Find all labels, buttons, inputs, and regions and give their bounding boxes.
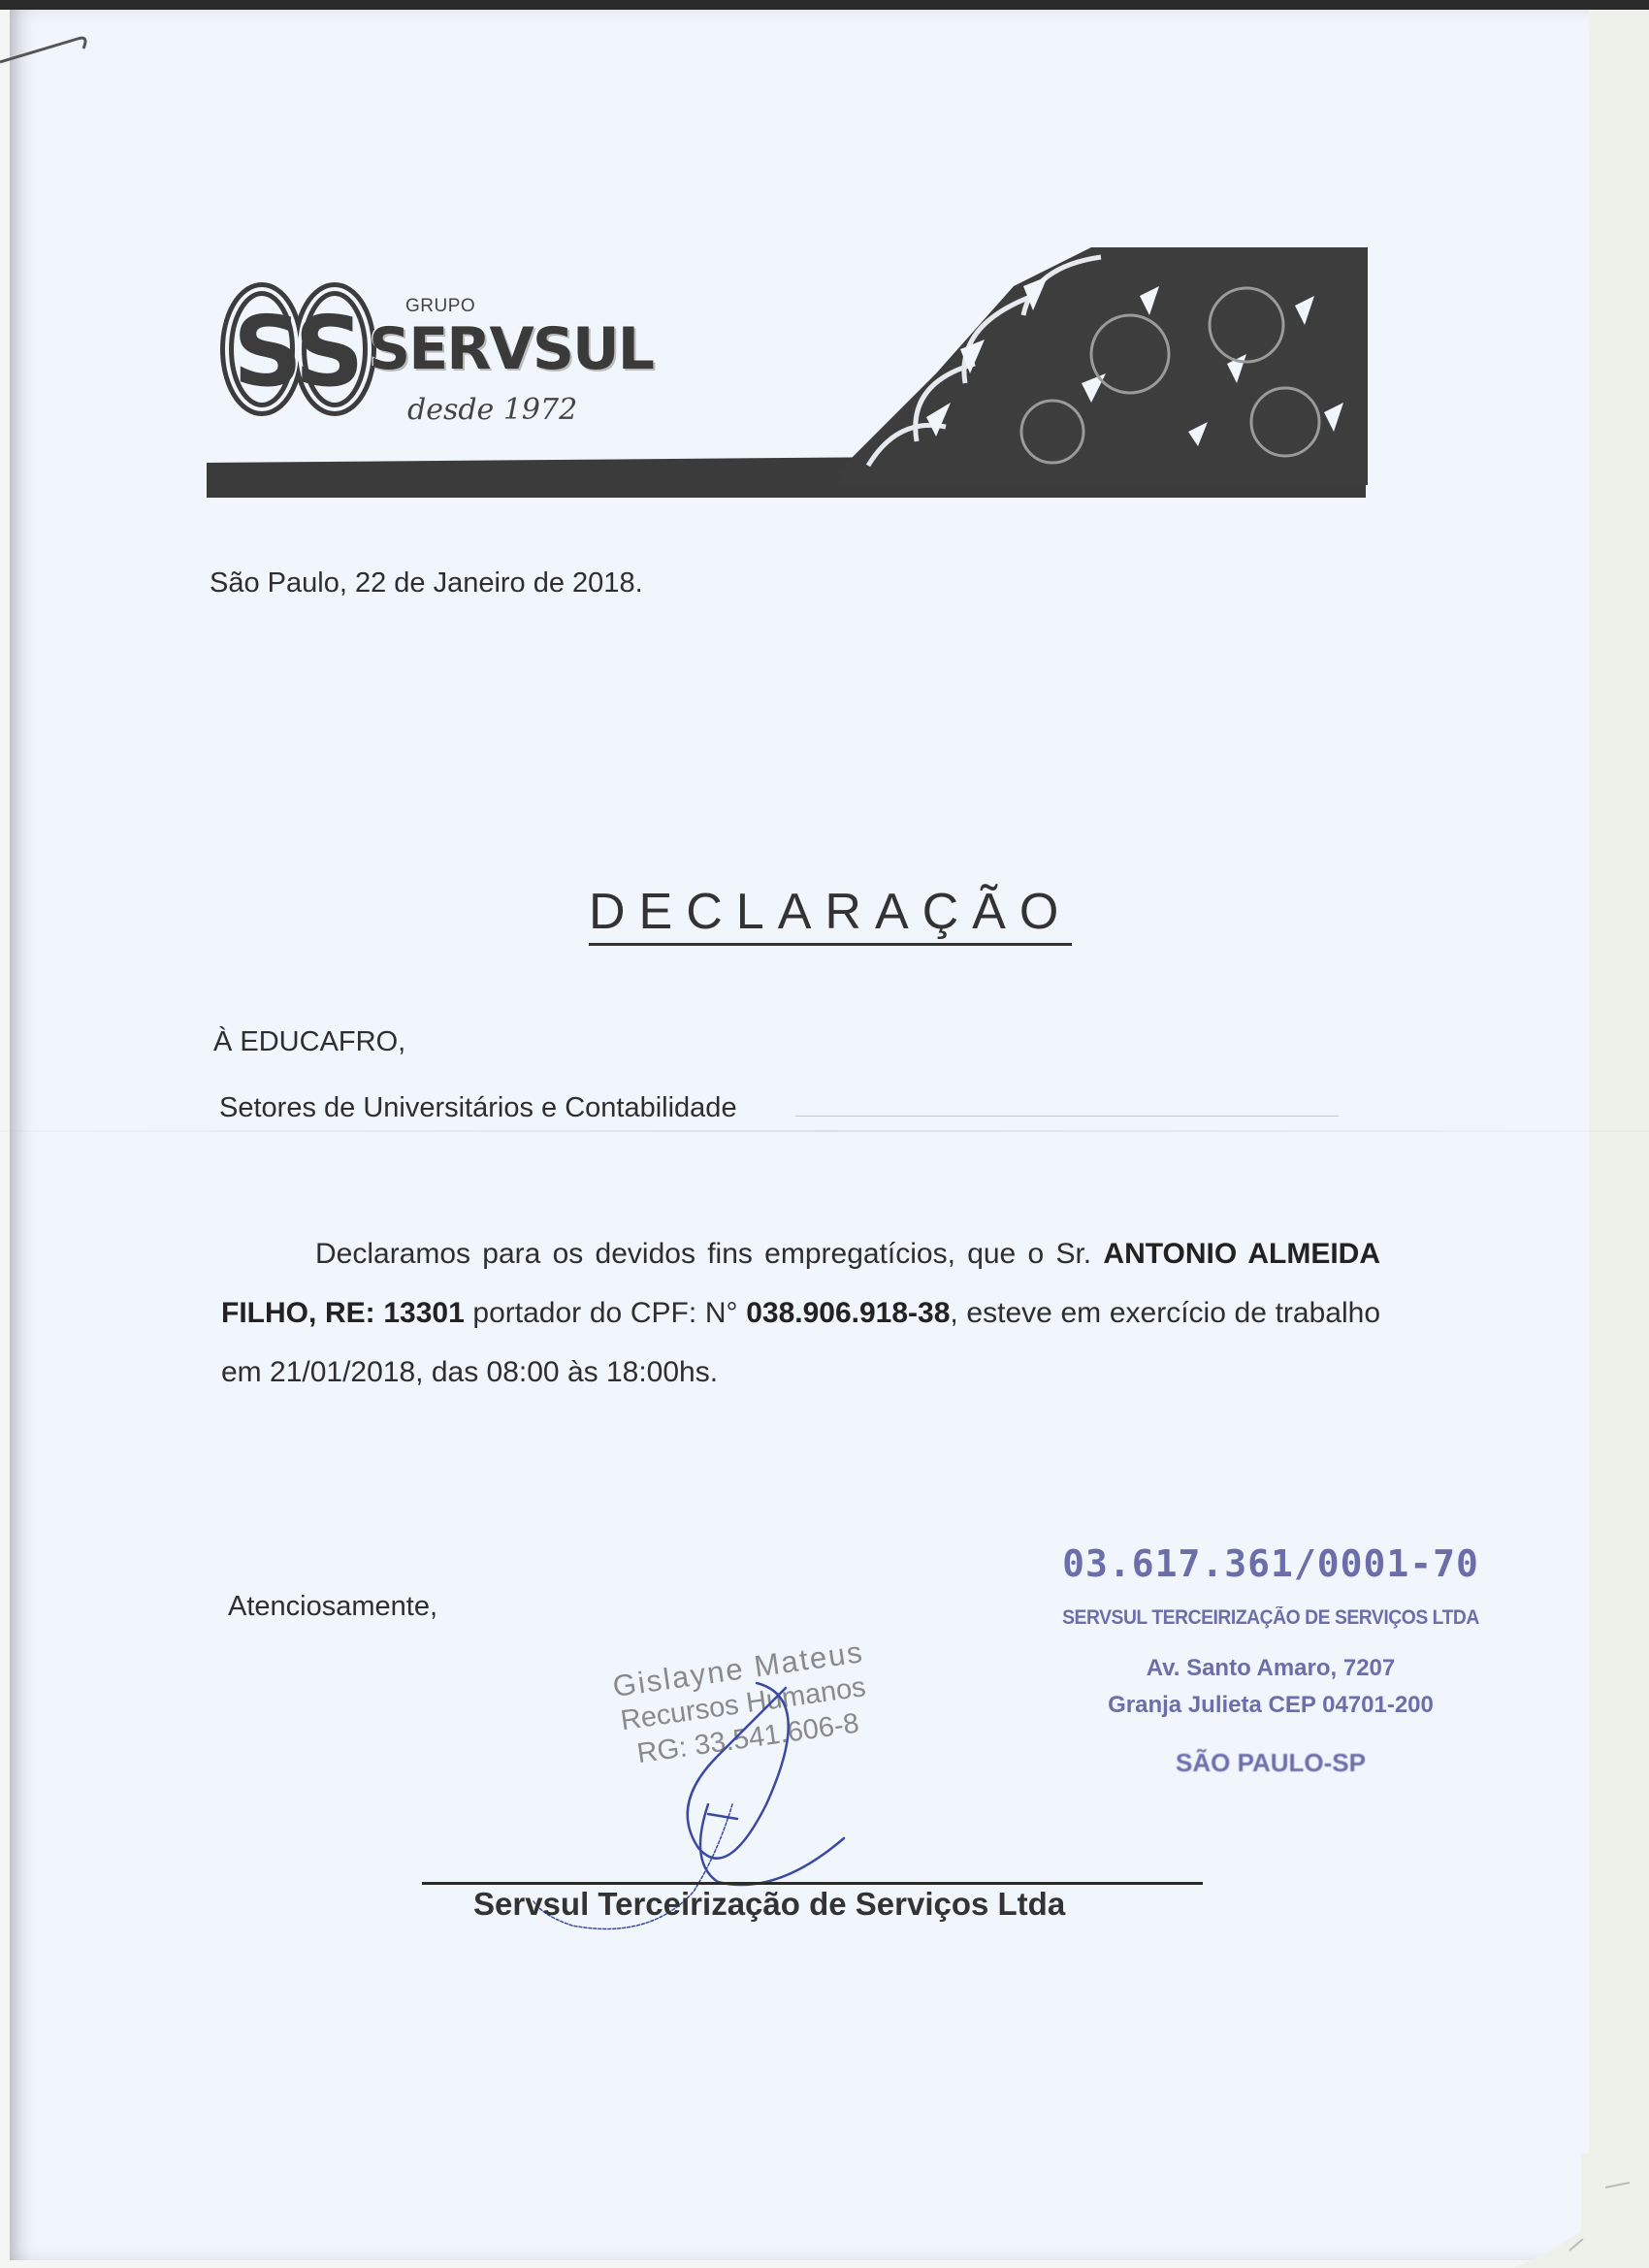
stamp-company-name: SERVSUL TERCEIRIZAÇÃO DE SERVIÇOS LTDA	[1061, 1606, 1480, 1630]
cpf-label: portador do CPF: N°	[465, 1297, 746, 1329]
stamp-city: SÃO PAULO-SP	[1043, 1748, 1499, 1778]
celtic-knot-decoration-icon	[839, 247, 1368, 485]
stamp-cnpj: 03.617.361/0001-70	[1043, 1542, 1499, 1585]
scan-background-strip	[1589, 10, 1649, 2268]
handwritten-signature-icon	[524, 1659, 931, 1969]
stamp-address: Av. Santo Amaro, 7207	[1043, 1655, 1499, 1682]
logo-monogram: SS	[233, 295, 361, 408]
logo-group-label: GRUPO	[405, 296, 475, 317]
closing: Atenciosamente,	[228, 1591, 437, 1623]
company-cnpj-stamp: 03.617.361/0001-70 SERVSUL TERCEIRIZAÇÃO…	[1043, 1542, 1499, 1778]
place-date: São Paulo, 22 de Janeiro de 2018.	[210, 567, 643, 599]
declaration-intro: Declaramos para os devidos fins empregat…	[315, 1238, 1103, 1270]
recipient-sectors: Setores de Universitários e Contabilidad…	[219, 1092, 737, 1124]
folded-corner	[1513, 2154, 1649, 2268]
company-signature-name: Servsul Terceirização de Serviços Ltda	[473, 1886, 1065, 1923]
staple-wire-icon	[0, 21, 92, 70]
logo-company-name: SERVSUL	[369, 315, 653, 383]
stamp-district-cep: Granja Julieta CEP 04701-200	[1043, 1692, 1499, 1719]
document-title: DECLARAÇÃO	[589, 883, 1072, 946]
recipient: À EDUCAFRO,	[213, 1026, 405, 1058]
logo-since: desde 1972	[407, 393, 577, 427]
scan-top-edge	[0, 0, 1649, 10]
signature-line	[422, 1882, 1203, 1885]
cpf-number: 038.906.918-38	[746, 1297, 950, 1329]
fold-mark	[795, 1116, 1339, 1117]
paper-fold-line	[0, 1130, 1649, 1132]
declaration-paragraph: Declaramos para os devidos fins empregat…	[221, 1224, 1380, 1402]
